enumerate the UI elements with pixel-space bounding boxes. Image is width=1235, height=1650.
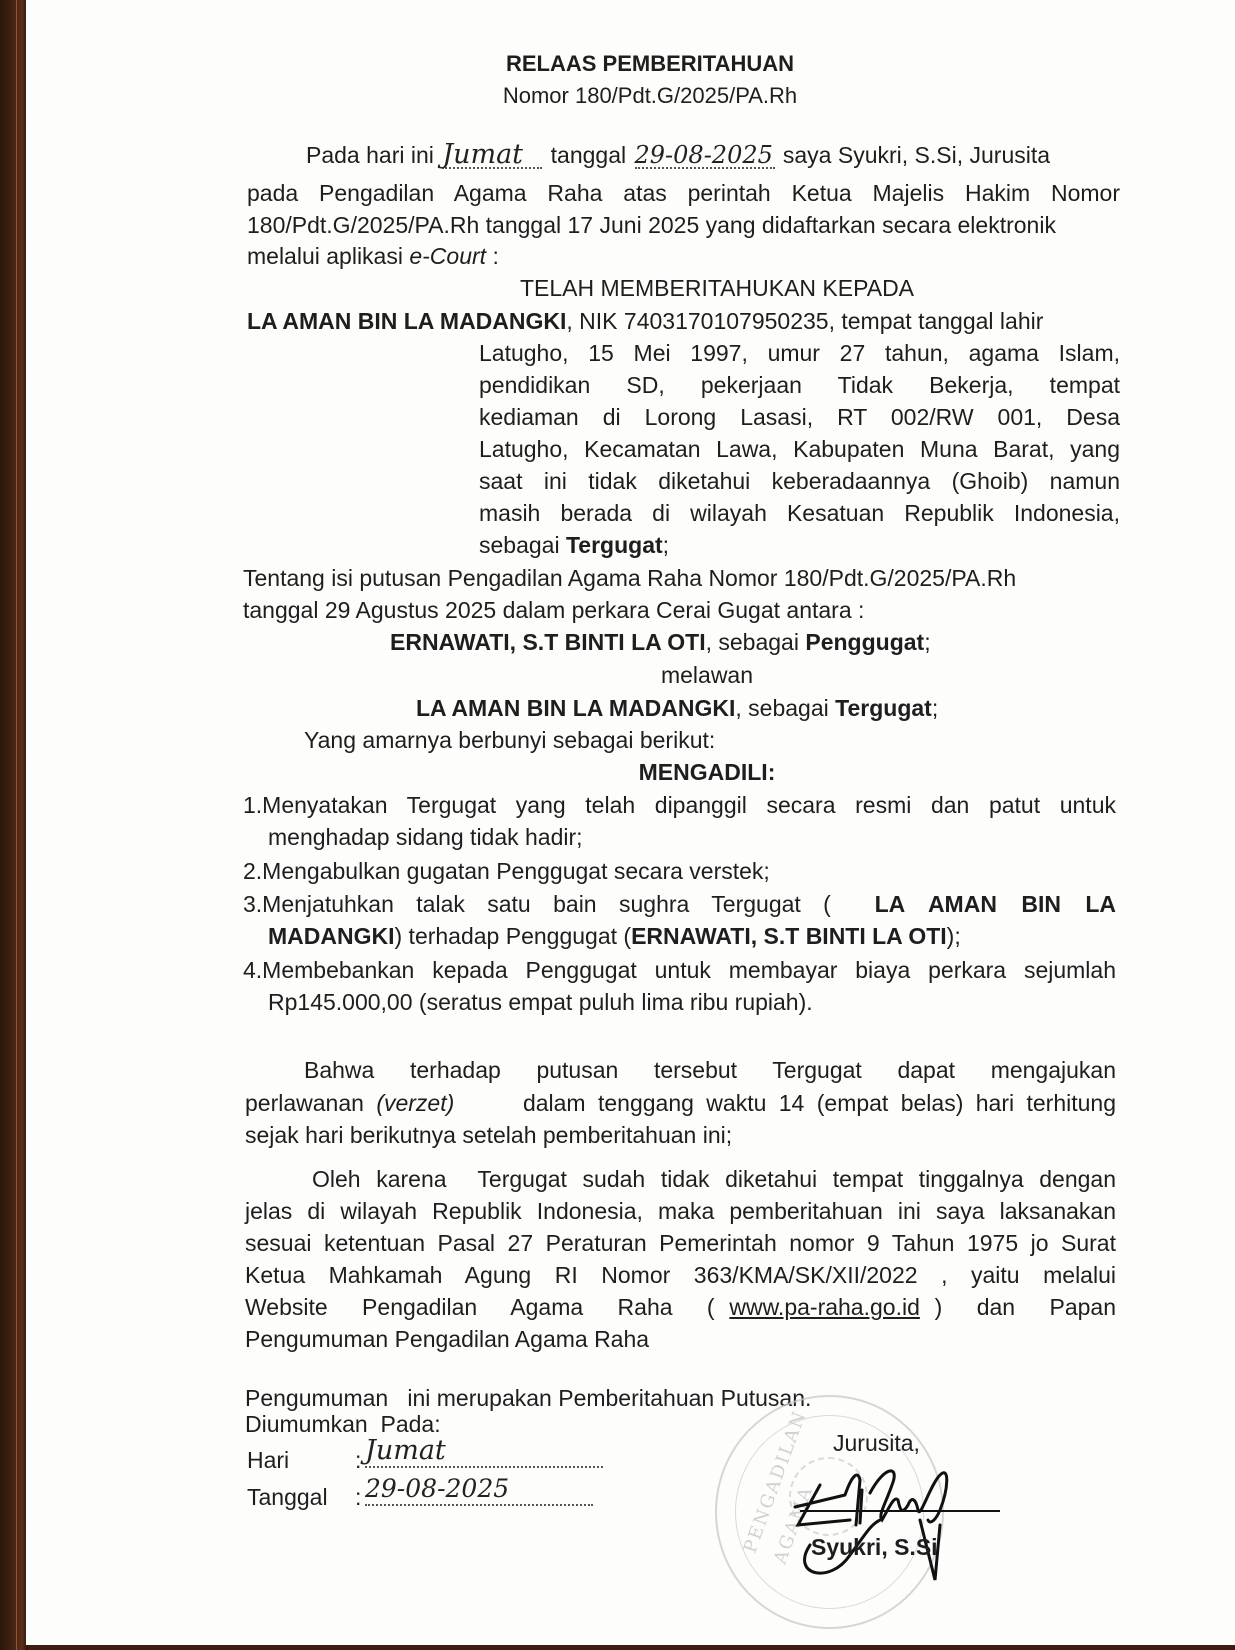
- handwritten-date: 29-08-2025: [635, 143, 775, 169]
- opening-line-4: melalui aplikasi e-Court :: [247, 241, 499, 273]
- day-label: Hari: [247, 1445, 289, 1477]
- verzet-line-1: Bahwa terhadap putusan tersebut Tergugat…: [304, 1055, 1116, 1087]
- signature-icon: [790, 1465, 1005, 1585]
- verdict-item-1: 1.Menyatakan Tergugat yang telah dipangg…: [243, 790, 1116, 822]
- signature-title: Jurusita,: [833, 1428, 920, 1460]
- website-link[interactable]: www.pa-raha.go.id: [729, 1292, 920, 1324]
- signer-name: Syukri, S.Si: [811, 1532, 938, 1564]
- about-line-2: tanggal 29 Agustus 2025 dalam perkara Ce…: [243, 595, 864, 627]
- ghoib-line-4: Ketua Mahkamah Agung RI Nomor 363/KMA/SK…: [245, 1260, 1116, 1292]
- ghoib-line-6: Pengumuman Pengadilan Agama Raha: [245, 1324, 649, 1356]
- verzet-line-2: perlawanan (verzet) dalam tenggang waktu…: [245, 1088, 1116, 1120]
- respondent-line-1: LA AMAN BIN LA MADANGKI, NIK 74031701079…: [247, 306, 1043, 338]
- respondent-detail: pendidikan SD, pekerjaan Tidak Bekerja, …: [479, 370, 1120, 402]
- verdict-item-4: 4.Membebankan kepada Penggugat untuk mem…: [243, 955, 1116, 987]
- respondent-detail: kediaman di Lorong Lasasi, RT 002/RW 001…: [479, 402, 1120, 434]
- ghoib-line-1: Oleh karena Tergugat sudah tidak diketah…: [312, 1164, 1116, 1196]
- plaintiff-name: ERNAWATI, S.T BINTI LA OTI: [390, 629, 706, 655]
- ghoib-line-3: sesuai ketentuan Pasal 27 Peraturan Peme…: [245, 1228, 1116, 1260]
- respondent-name: LA AMAN BIN LA MADANGKI: [247, 308, 566, 334]
- verdict-item-3-cont: MADANGKI) terhadap Penggugat (ERNAWATI, …: [268, 921, 961, 953]
- ghoib-line-5: Website Pengadilan Agama Raha ( www.pa-r…: [245, 1292, 1116, 1324]
- verdict-heading: MENGADILI:: [247, 757, 1167, 789]
- plaintiff-line: ERNAWATI, S.T BINTI LA OTI, sebagai Peng…: [390, 627, 931, 659]
- about-line-1: Tentang isi putusan Pengadilan Agama Rah…: [243, 563, 1016, 595]
- document-number: Nomor 180/Pdt.G/2025/PA.Rh: [0, 80, 1235, 112]
- respondent-detail: masih berada di wilayah Kesatuan Republi…: [479, 498, 1120, 530]
- verdict-item-3: 3.Menjatuhkan talak satu bain sughra Ter…: [243, 889, 1116, 921]
- respondent-detail: Latugho, Kecamatan Lawa, Kabupaten Muna …: [479, 434, 1120, 466]
- notified-heading: TELAH MEMBERITAHUKAN KEPADA: [247, 273, 1187, 305]
- defendant-name: LA AMAN BIN LA MADANGKI: [416, 695, 735, 721]
- respondent-detail: Latugho, 15 Mei 1997, umur 27 tahun, aga…: [479, 338, 1120, 370]
- verzet-line-3: sejak hari berikutnya setelah pemberitah…: [245, 1120, 732, 1152]
- handwritten-announce-day: Jumat: [365, 1436, 603, 1468]
- ghoib-line-2: jelas di wilayah Republik Indonesia, mak…: [245, 1196, 1116, 1228]
- opening-line-3: 180/Pdt.G/2025/PA.Rh tanggal 17 Juni 202…: [247, 210, 1056, 242]
- date-label: Tanggal: [247, 1482, 328, 1514]
- opening-line-2: pada Pengadilan Agama Raha atas perintah…: [247, 178, 1120, 210]
- defendant-line: LA AMAN BIN LA MADANGKI, sebagai Terguga…: [416, 693, 938, 725]
- day-colon: :: [355, 1445, 361, 1477]
- respondent-role: sebagai Tergugat;: [479, 530, 669, 562]
- verdict-intro: Yang amarnya berbunyi sebagai berikut:: [304, 725, 715, 757]
- opening-line-1: Pada hari ini Jumat tanggal 29-08-2025 s…: [306, 140, 1120, 172]
- handwritten-day: Jumat: [442, 143, 542, 169]
- versus-label: melawan: [247, 660, 1167, 692]
- document: RELAAS PEMBERITAHUAN Nomor 180/Pdt.G/202…: [0, 0, 1235, 1650]
- respondent-detail: saat ini tidak diketahui keberadaannya (…: [479, 466, 1120, 498]
- document-title: RELAAS PEMBERITAHUAN: [0, 48, 1235, 80]
- verdict-item-1-cont: menghadap sidang tidak hadir;: [268, 822, 583, 854]
- date-colon: :: [355, 1482, 361, 1514]
- handwritten-announce-date: 29-08-2025: [365, 1474, 593, 1506]
- verdict-item-2: 2.Mengabulkan gugatan Penggugat secara v…: [243, 856, 770, 888]
- verdict-item-4-cont: Rp145.000,00 (seratus empat puluh lima r…: [268, 987, 813, 1019]
